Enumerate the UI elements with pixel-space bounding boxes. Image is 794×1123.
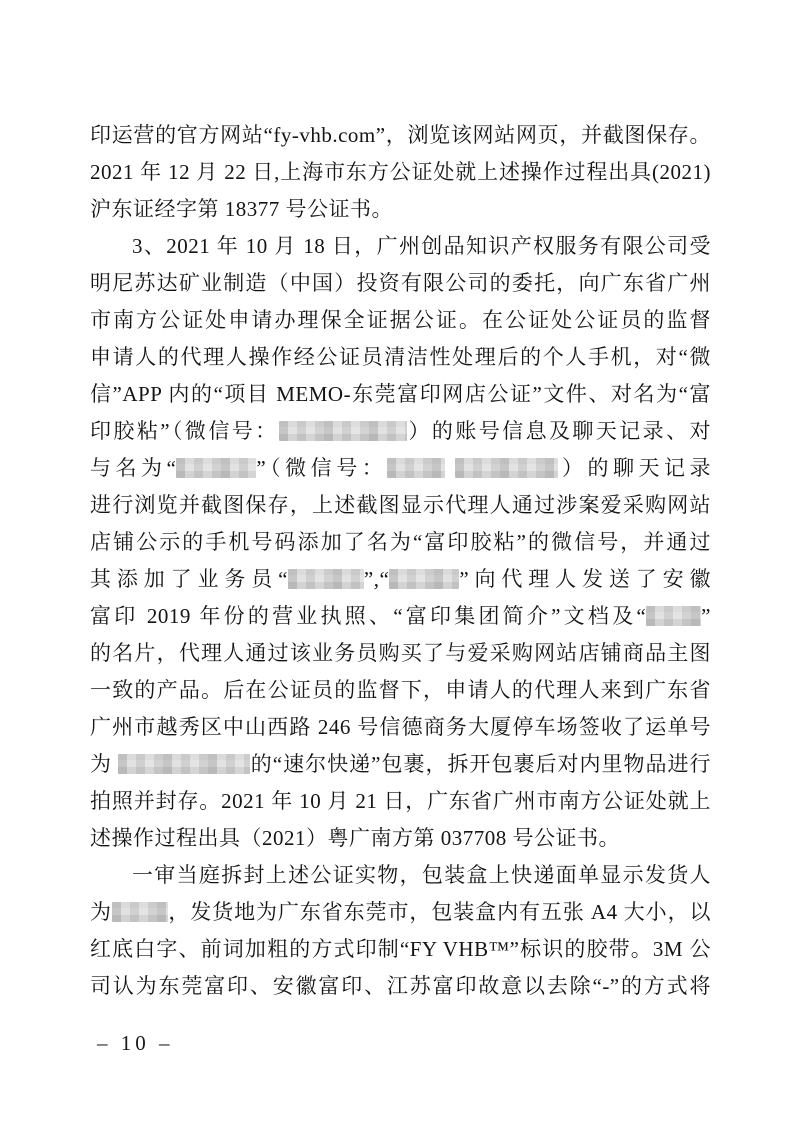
text-line: 印胶粘”（微信号：）的账号信息及聊天记录、对	[90, 413, 711, 450]
text-line: 信”APP 内的“项目 MEMO-东莞富印网店公证”文件、对名为“富	[90, 376, 711, 413]
text-run: 信”APP 内的“项目 MEMO-东莞富印网店公证”文件、对名为“富	[90, 382, 711, 406]
redacted-text	[288, 569, 364, 589]
text-run: ，发货地为广东省东莞市，包装盒内有五张 A4 大小，以	[168, 900, 711, 924]
text-line: 一致的产品。后在公证员的监督下，申请人的代理人来到广东省	[90, 672, 711, 709]
text-line: 市南方公证处申请办理保全证据公证。在公证处公证员的监督下，	[90, 302, 711, 339]
redacted-text	[279, 421, 407, 441]
text-line: 红底白字、前词加粗的方式印制“FY VHB™”标识的胶带。3M 公	[90, 931, 711, 968]
text-line: 司认为东莞富印、安徽富印、江苏富印故意以去除“-”的方式将	[90, 968, 711, 1005]
text-run: 明尼苏达矿业制造（中国）投资有限公司的委托，向广东省广州	[90, 271, 711, 295]
text-run: 一审当庭拆封上述公证实物，包装盒上快递面单显示发货人	[132, 863, 711, 887]
text-run: 的“速尔快递”包裹，拆开包裹后对内里物品进行	[250, 752, 711, 776]
text-line: 申请人的代理人操作经公证员清洁性处理后的个人手机，对“微	[90, 339, 711, 376]
text-line: 印运营的官方网站“fy-vhb.com”，浏览该网站网页，并截图保存。	[90, 117, 711, 154]
text-run: ”,“	[364, 567, 389, 591]
text-line: 述操作过程出具（2021）粤广南方第 037708 号公证书。	[90, 820, 711, 857]
text-line: 明尼苏达矿业制造（中国）投资有限公司的委托，向广东省广州	[90, 265, 711, 302]
text-line: 为 的“速尔快递”包裹，拆开包裹后对内里物品进行	[90, 746, 711, 783]
text-run	[445, 456, 455, 480]
text-line: 与名为“”（微信号： ）的聊天记录	[90, 450, 711, 487]
text-run: 店铺公示的手机号码添加了名为“富印胶粘”的微信号，并通过	[90, 530, 711, 554]
document-body: 印运营的官方网站“fy-vhb.com”，浏览该网站网页，并截图保存。2021 …	[90, 117, 711, 1005]
text-run: 3、2021 年 10 月 18 日，广州创品知识产权服务有限公司受	[132, 234, 711, 258]
redacted-text	[387, 458, 445, 478]
text-run: 申请人的代理人操作经公证员清洁性处理后的个人手机，对“微	[90, 345, 711, 369]
text-run: 司认为东莞富印、安徽富印、江苏富印故意以去除“-”的方式将	[90, 974, 711, 998]
paragraph: 印运营的官方网站“fy-vhb.com”，浏览该网站网页，并截图保存。2021 …	[90, 117, 711, 228]
redacted-text	[646, 606, 701, 626]
text-line: 为，发货地为广东省东莞市，包装盒内有五张 A4 大小，以	[90, 894, 711, 931]
text-run: ”（微信号：	[256, 456, 387, 480]
text-run: 市南方公证处申请办理保全证据公证。在公证处公证员的监督下，	[90, 308, 711, 339]
text-run: 红底白字、前词加粗的方式印制“FY VHB™”标识的胶带。3M 公	[90, 937, 711, 961]
text-run: 拍照并封存。2021 年 10 月 21 日，广东省广州市南方公证处就上	[90, 789, 711, 813]
paragraph: 一审当庭拆封上述公证实物，包装盒上快递面单显示发货人为，发货地为广东省东莞市，包…	[90, 857, 711, 1005]
text-run: 为	[90, 900, 112, 924]
text-run: 一致的产品。后在公证员的监督下，申请人的代理人来到广东省	[90, 678, 711, 702]
text-line: 拍照并封存。2021 年 10 月 21 日，广东省广州市南方公证处就上	[90, 783, 711, 820]
text-run: ）的账号信息及聊天记录、对	[407, 419, 711, 443]
text-line: 广州市越秀区中山西路 246 号信德商务大厦停车场签收了运单号	[90, 709, 711, 746]
paragraph: 3、2021 年 10 月 18 日，广州创品知识产权服务有限公司受明尼苏达矿业…	[90, 228, 711, 857]
text-run: 2021 年 12 月 22 日,上海市东方公证处就上述操作过程出具(2021)	[90, 160, 711, 184]
page-number: – 10 –	[97, 1028, 174, 1058]
text-line: 其添加了业务员“”,“”向代理人发送了安徽	[90, 561, 711, 598]
text-run: ）的聊天记录	[558, 456, 711, 480]
text-line: 沪东证经字第 18377 号公证书。	[90, 191, 711, 228]
text-run: 述操作过程出具（2021）粤广南方第 037708 号公证书。	[90, 826, 620, 850]
text-run: ”	[701, 604, 711, 628]
redacted-text	[118, 754, 250, 774]
redacted-text	[389, 569, 459, 589]
text-run: ”向代理人发送了安徽	[459, 567, 711, 591]
text-line: 2021 年 12 月 22 日,上海市东方公证处就上述操作过程出具(2021)	[90, 154, 711, 191]
text-line: 一审当庭拆封上述公证实物，包装盒上快递面单显示发货人	[90, 857, 711, 894]
text-line: 的名片，代理人通过该业务员购买了与爱采购网站店铺商品主图	[90, 635, 711, 672]
text-line: 店铺公示的手机号码添加了名为“富印胶粘”的微信号，并通过	[90, 524, 711, 561]
text-run: 的名片，代理人通过该业务员购买了与爱采购网站店铺商品主图	[90, 641, 711, 665]
text-run: 富印 2019 年份的营业执照、“富印集团简介”文档及“	[90, 604, 646, 628]
text-run: 印胶粘”（微信号：	[90, 419, 279, 443]
redacted-text	[455, 458, 558, 478]
text-run: 进行浏览并截图保存，上述截图显示代理人通过涉案爱采购网站	[90, 493, 711, 517]
text-line: 富印 2019 年份的营业执照、“富印集团简介”文档及“”	[90, 598, 711, 635]
text-run: 为	[90, 752, 118, 776]
text-run: 与名为“	[90, 456, 176, 480]
text-run: 沪东证经字第 18377 号公证书。	[90, 197, 393, 221]
redacted-text	[112, 902, 168, 922]
text-run: 广州市越秀区中山西路 246 号信德商务大厦停车场签收了运单号	[90, 715, 711, 739]
text-run: 其添加了业务员“	[90, 567, 288, 591]
redacted-text	[176, 458, 256, 478]
document-page: { "page": { "page_number": "– 10 –", "in…	[0, 0, 794, 1123]
text-line: 进行浏览并截图保存，上述截图显示代理人通过涉案爱采购网站	[90, 487, 711, 524]
text-run: 印运营的官方网站“fy-vhb.com”，浏览该网站网页，并截图保存。	[90, 123, 711, 147]
text-line: 3、2021 年 10 月 18 日，广州创品知识产权服务有限公司受	[90, 228, 711, 265]
